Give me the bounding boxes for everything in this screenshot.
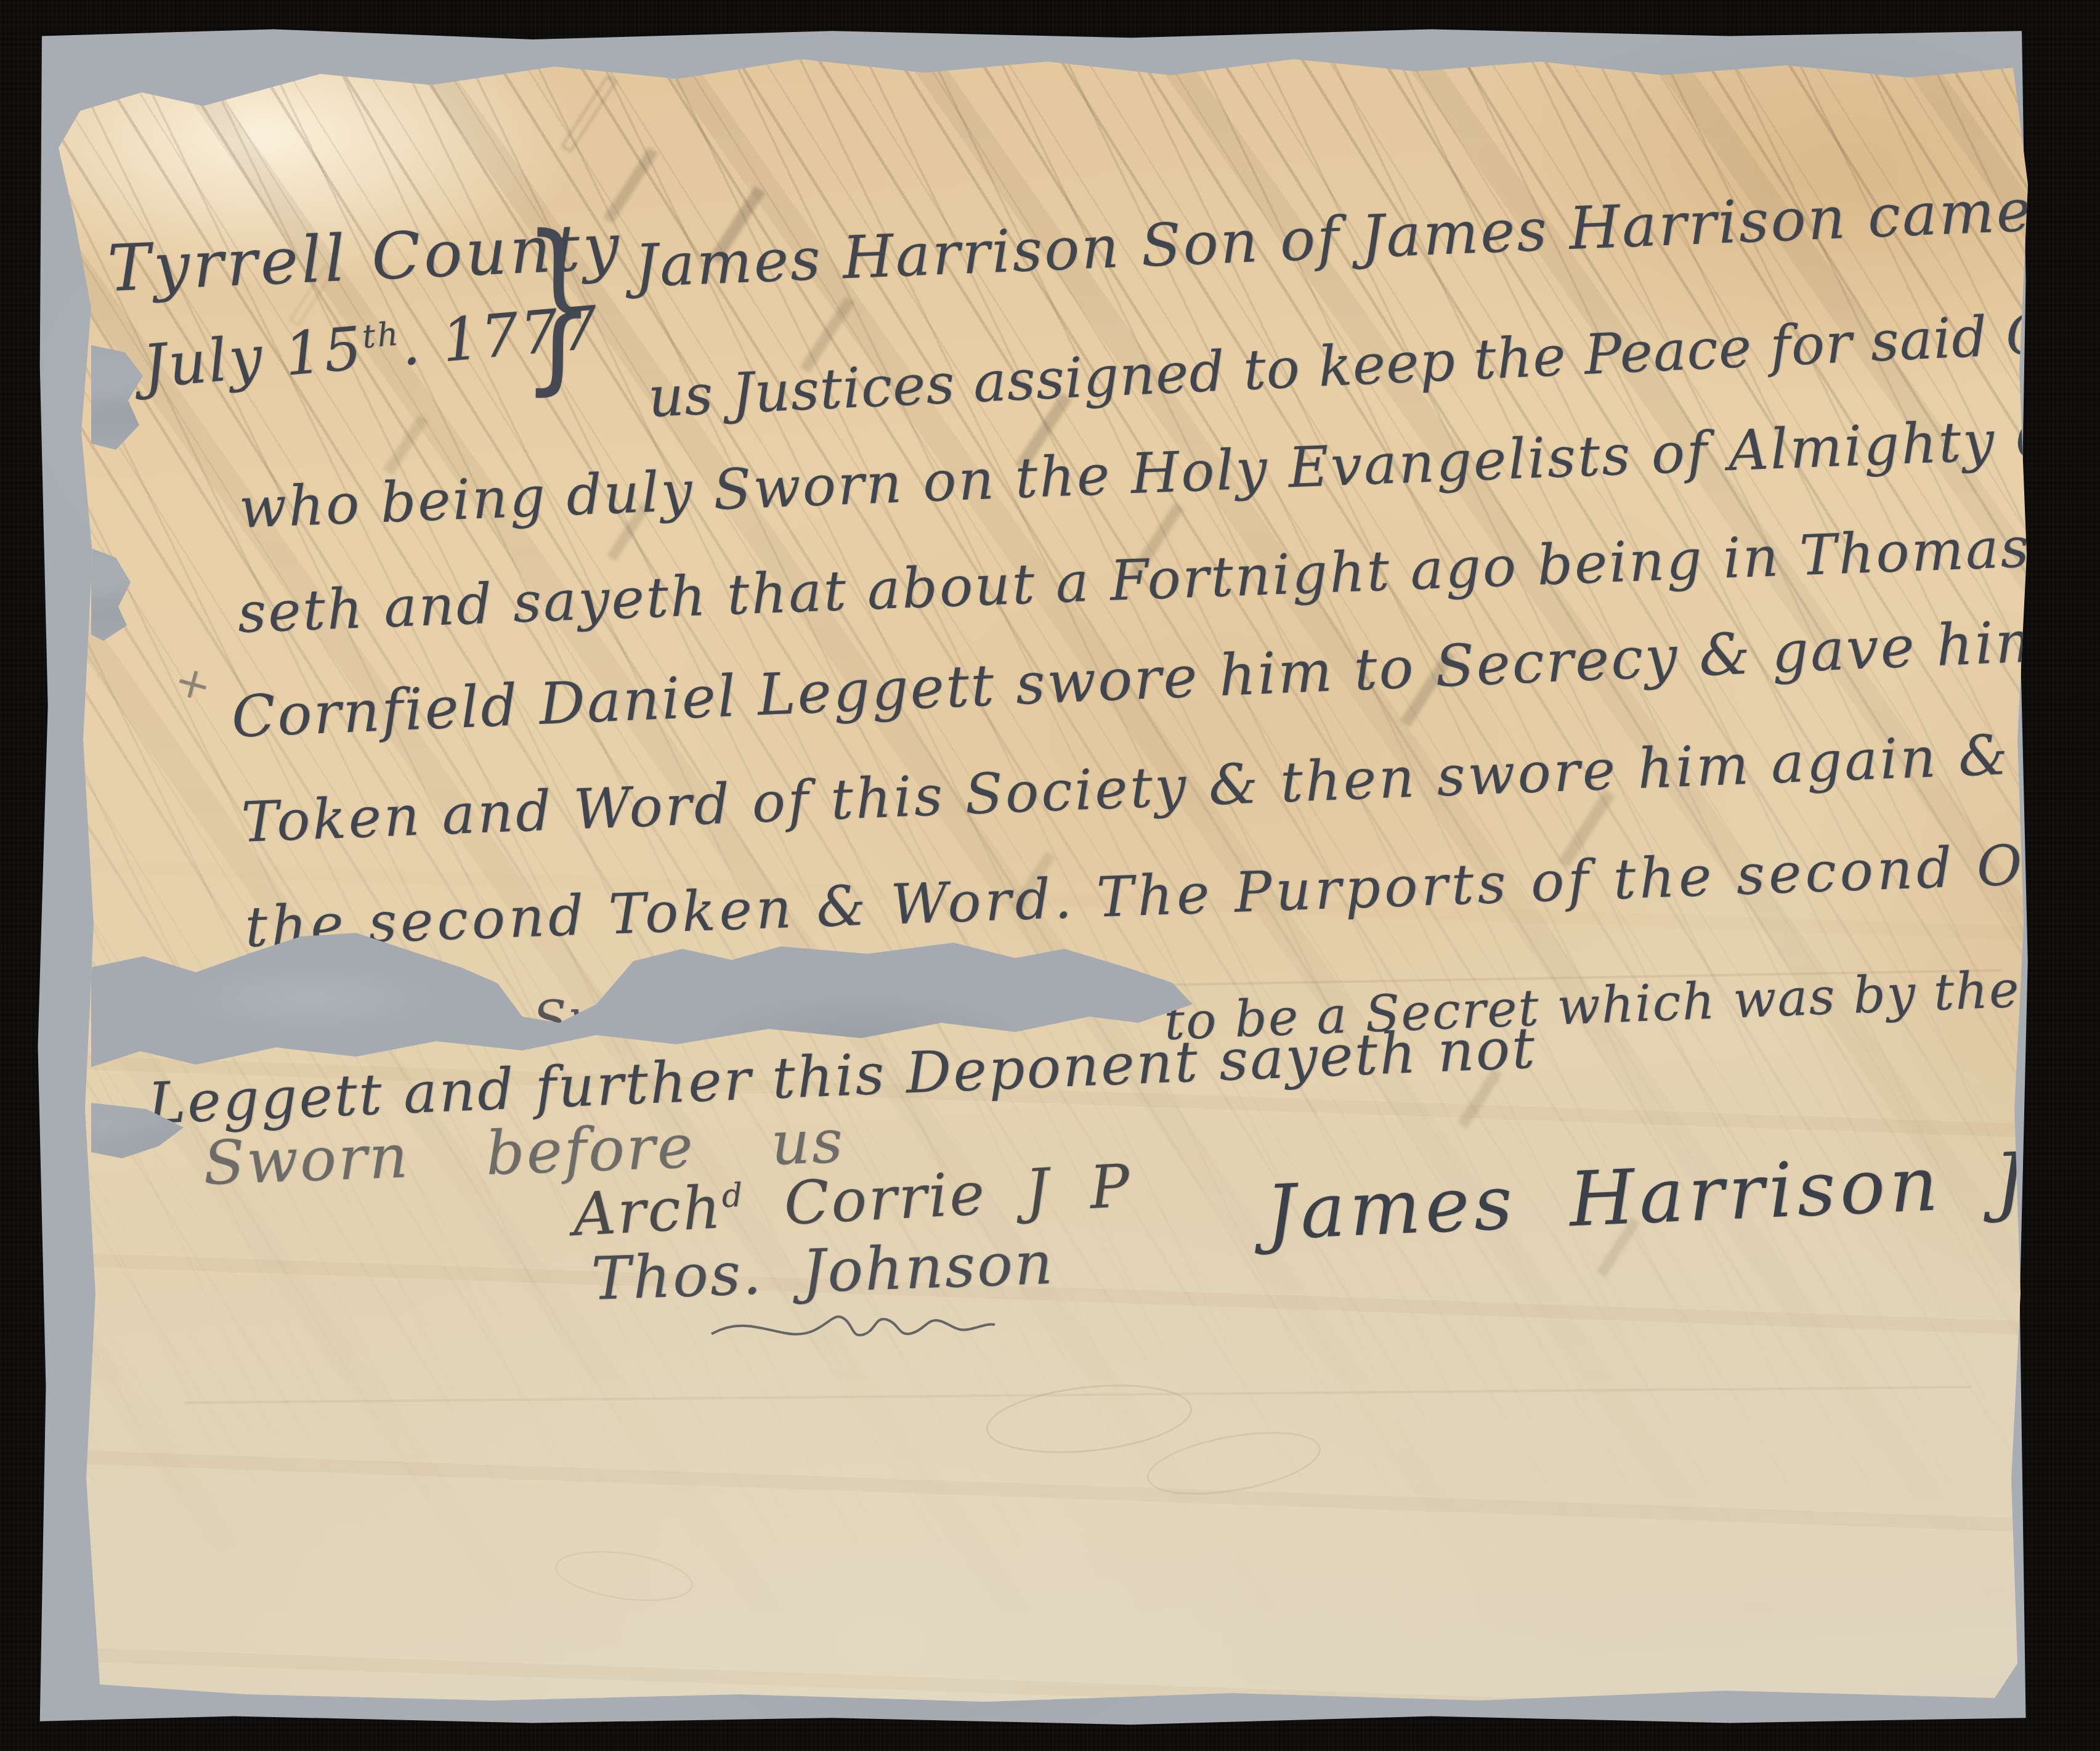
- margin-mark: +: [169, 654, 219, 712]
- body-line: the second Token & Word. The Purports of…: [244, 824, 2100, 960]
- bleed-flourish: [552, 1543, 696, 1609]
- signature-flourish-icon: [708, 1306, 998, 1355]
- damage-hole: [91, 548, 131, 641]
- body-line: us Justices assigned to keep the Peace f…: [647, 295, 2100, 430]
- justice-name-superscript: d: [721, 1176, 745, 1215]
- date-day: July 15: [140, 314, 366, 402]
- bleed-flourish: [1142, 1421, 1325, 1506]
- damage-hole: [91, 345, 143, 450]
- manuscript-paper: Tyrrell County } July 15th. 1777 James H…: [0, 0, 2100, 1751]
- date-superscript: th: [360, 315, 401, 356]
- justice-name-part: Arch: [571, 1172, 724, 1249]
- scan-background: Tyrrell County } July 15th. 1777 James H…: [0, 0, 2100, 1751]
- ink-smudge-cluster: [564, 78, 614, 150]
- body-line: James Harrison Son of James Harrison cam…: [633, 168, 2100, 301]
- deponent-signature: James Harrison Jun: [1264, 1132, 2100, 1257]
- body-line: who being duly Sworn on the Holy Evangel…: [238, 396, 2100, 541]
- bleed-flourish: [983, 1376, 1195, 1463]
